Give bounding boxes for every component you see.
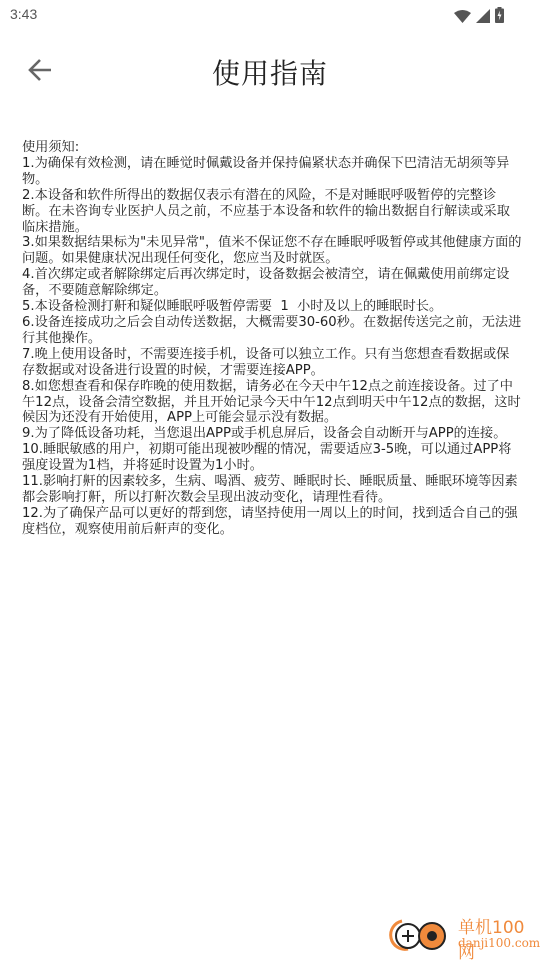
guide-item: 3.如果数据结果标为"未见异常"，值米不保证您不存在睡眠呼吸暂停或其他健康方面的… — [22, 235, 522, 267]
status-icons — [454, 7, 504, 27]
guide-item: 5.本设备检测打鼾和疑似睡眠呼吸暂停需要 1 小时及以上的睡眠时长。 — [22, 299, 522, 315]
guide-item: 12.为了确保产品可以更好的帮到您，请坚持使用一周以上的时间，找到适合自己的强度… — [22, 506, 522, 538]
watermark-url: danji100.com — [458, 936, 540, 950]
app-bar: 使用指南 — [0, 40, 540, 104]
guide-content: 使用须知: 1.为确保有效检测，请在睡觉时佩戴设备并保持偏紧状态并确保下巴清洁无… — [22, 140, 522, 538]
status-bar: 3:43 — [0, 0, 540, 30]
guide-item: 2.本设备和软件所得出的数据仅表示有潜在的风险，不是对睡眠呼吸暂停的完整诊断。在… — [22, 188, 522, 236]
page-title: 使用指南 — [0, 52, 540, 92]
guide-item: 7.晚上使用设备时，不需要连接手机，设备可以独立工作。只有当您想查看数据或保存数… — [22, 347, 522, 379]
signal-icon — [476, 8, 490, 27]
status-time: 3:43 — [10, 6, 37, 22]
guide-item: 6.设备连接成功之后会自动传送数据，大概需要30-60秒。在数据传送完之前，无法… — [22, 315, 522, 347]
guide-item: 10.睡眠敏感的用户，初期可能出现被吵醒的情况，需要适应3-5晚，可以通过APP… — [22, 442, 522, 474]
arrow-left-icon — [27, 57, 53, 87]
watermark-logo-icon — [388, 917, 456, 957]
back-button[interactable] — [22, 54, 58, 90]
guide-item: 9.为了降低设备功耗，当您退出APP或手机息屏后，设备会自动断开与APP的连接。 — [22, 426, 522, 442]
guide-item: 4.首次绑定或者解除绑定后再次绑定时，设备数据会被清空，请在佩戴使用前绑定设备，… — [22, 267, 522, 299]
guide-heading: 使用须知: — [22, 140, 522, 156]
guide-item: 11.影响打鼾的因素较多，生病、喝酒、疲劳、睡眠时长、睡眠质量、睡眠环境等因素都… — [22, 474, 522, 506]
wifi-icon — [454, 8, 471, 27]
battery-charging-icon — [495, 7, 504, 27]
guide-item: 1.为确保有效检测，请在睡觉时佩戴设备并保持偏紧状态并确保下巴清洁无胡须等异物。 — [22, 156, 522, 188]
guide-item: 8.如您想查看和保存昨晚的使用数据，请务必在今天中午12点之前连接设备。过了中午… — [22, 379, 522, 427]
watermark: 单机100网 danji100.com — [380, 905, 540, 960]
